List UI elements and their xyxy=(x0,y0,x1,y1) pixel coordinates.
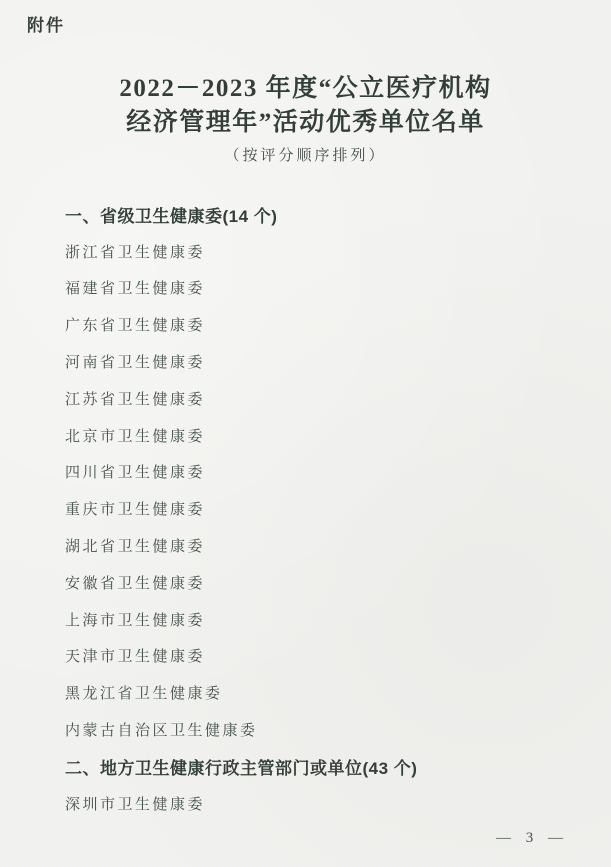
title-block: 2022－2023 年度“公立医疗机构 经济管理年”活动优秀单位名单 （按评分顺… xyxy=(0,72,611,166)
section-heading: 二、地方卫生健康行政主管部门或单位(43 个) xyxy=(65,748,581,785)
list-item: 上海市卫生健康委 xyxy=(65,601,581,638)
list-item: 广东省卫生健康委 xyxy=(65,306,581,343)
list-item: 福建省卫生健康委 xyxy=(65,270,581,307)
list-item: 河南省卫生健康委 xyxy=(65,343,581,380)
document-subtitle: （按评分顺序排列） xyxy=(0,146,611,166)
document-title-line2: 经济管理年”活动优秀单位名单 xyxy=(0,106,611,140)
list-item: 湖北省卫生健康委 xyxy=(65,527,581,564)
list-item: 深圳市卫生健康委 xyxy=(65,785,581,822)
list-item: 重庆市卫生健康委 xyxy=(65,490,581,527)
list-item: 天津市卫生健康委 xyxy=(65,638,581,675)
attachment-label: 附件 xyxy=(27,11,65,36)
list-item: 内蒙古自治区卫生健康委 xyxy=(65,711,581,748)
list-item: 浙江省卫生健康委 xyxy=(65,233,581,270)
list-item: 江苏省卫生健康委 xyxy=(65,380,581,417)
document-title-line1: 2022－2023 年度“公立医疗机构 xyxy=(0,72,611,106)
page-number: — 3 — xyxy=(496,830,564,847)
list-item: 黑龙江省卫生健康委 xyxy=(65,674,581,711)
list-item: 四川省卫生健康委 xyxy=(65,454,581,491)
document-body: 一、省级卫生健康委(14 个)浙江省卫生健康委福建省卫生健康委广东省卫生健康委河… xyxy=(65,196,581,822)
document-page: 附件 2022－2023 年度“公立医疗机构 经济管理年”活动优秀单位名单 （按… xyxy=(0,0,611,867)
list-item: 北京市卫生健康委 xyxy=(65,417,581,454)
section-heading: 一、省级卫生健康委(14 个) xyxy=(65,196,581,233)
list-item: 安徽省卫生健康委 xyxy=(65,564,581,601)
